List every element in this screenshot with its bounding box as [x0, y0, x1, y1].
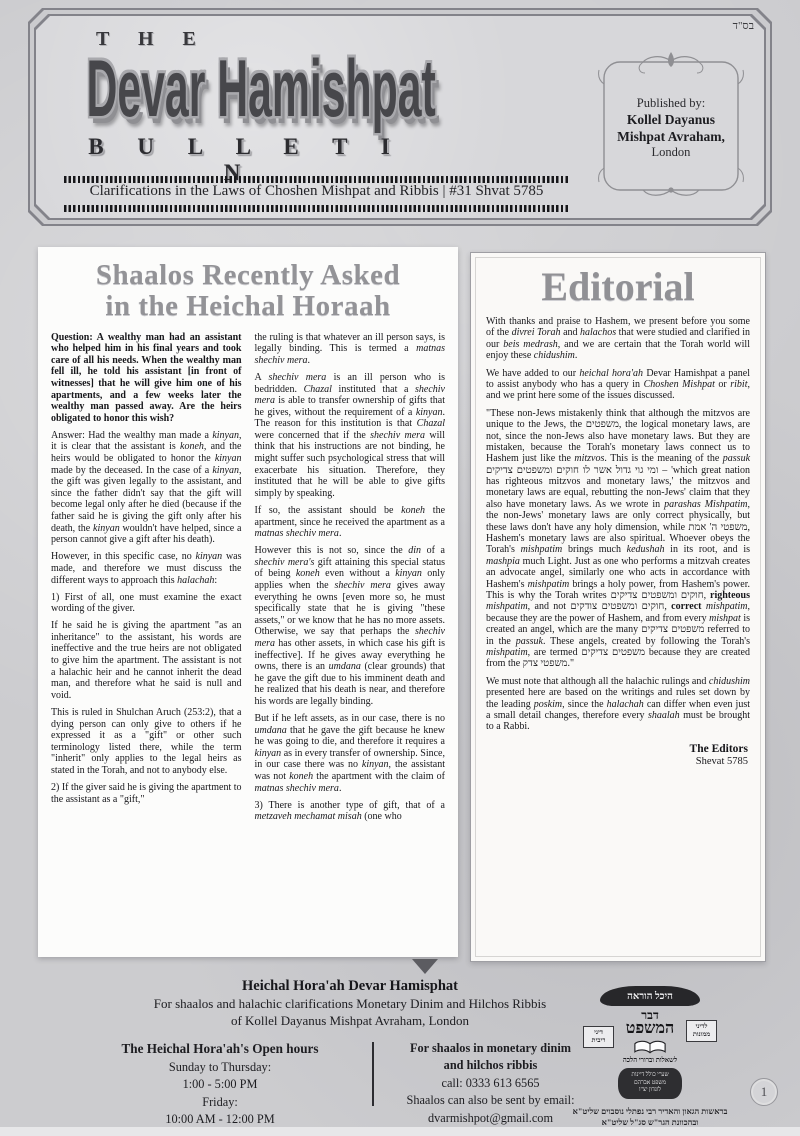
footer-line: Sunday to Thursday: — [70, 1059, 370, 1076]
continuation-arrow-icon — [412, 959, 438, 974]
paragraph: If so, the assistant should be koneh the… — [255, 505, 446, 540]
article-title-line2: in the Heichal Horaah — [105, 290, 390, 322]
editorial-title: Editorial — [471, 263, 765, 310]
footer-subheading-2: of Kollel Dayanus Mishpat Avraham, Londo… — [30, 1013, 670, 1029]
publisher-box: Published by: Kollel Dayanus Mishpat Avr… — [592, 50, 750, 202]
shaalos-article: Shaalos Recently Askedin the Heichal Hor… — [38, 247, 458, 957]
paragraph: This is ruled in Shulchan Aruch (253:2),… — [51, 707, 242, 777]
stamp-ribbon-mamonos: לדיני ממונות — [686, 1020, 717, 1042]
paragraph: If he said he is giving the apartment "a… — [51, 620, 242, 701]
dashed-rule-top — [64, 176, 569, 183]
open-book-icon — [633, 1040, 667, 1056]
paragraph: We have added to our heichal hora'ah Dev… — [486, 368, 750, 402]
paragraph: Answer: Had the wealthy man made a kinya… — [51, 430, 242, 546]
open-hours-lines: Sunday to Thursday:1:00 - 5:00 PMFriday:… — [70, 1059, 370, 1129]
paragraph: But if he left assets, as in our case, t… — [255, 713, 446, 794]
dashed-rule-bottom — [64, 205, 569, 212]
paragraph: We must note that although all the halac… — [486, 676, 750, 733]
footer-heading: Heichal Hora'ah Devar Hamisphat — [60, 978, 640, 995]
paragraph: 2) If the giver said he is giving the ap… — [51, 782, 242, 805]
bottom-strip — [0, 1127, 800, 1136]
open-hours-title: The Heichal Hora'ah's Open hours — [70, 1040, 370, 1059]
paragraph: A shechiv mera is an ill person who is b… — [255, 372, 446, 500]
editorial-signoff: The Editors — [471, 739, 765, 755]
article-column-2: the ruling is that whatever an ill perso… — [255, 332, 446, 829]
bulletin-page: בס"ד T H E Devar Hamishpat B U L L E T I… — [0, 0, 800, 1136]
publisher-city: London — [616, 145, 726, 161]
masthead-subtitle: Clarifications in the Laws of Choshen Mi… — [64, 183, 569, 200]
paragraph: However, in this specific case, no kinya… — [51, 551, 242, 586]
footer-line: For shaalos in monetary dinim — [388, 1040, 593, 1057]
footer-line: 10:00 AM - 12:00 PM — [70, 1111, 370, 1128]
shaalos-article-title: Shaalos Recently Askedin the Heichal Hor… — [38, 247, 458, 323]
masthead: בס"ד T H E Devar Hamishpat B U L L E T I… — [28, 8, 772, 226]
editorial-article: Editorial With thanks and praise to Hash… — [470, 252, 766, 962]
open-hours-block: The Heichal Hora'ah's Open hours Sunday … — [70, 1040, 370, 1129]
masthead-title: Devar Hamishpat — [87, 42, 390, 136]
footer-divider — [372, 1042, 374, 1106]
article-column-1: Question: A wealthy man had an assistant… — [51, 332, 242, 829]
footer-line: 1:00 - 5:00 PM — [70, 1076, 370, 1093]
stamp-banner: היכל הוראה — [600, 986, 700, 1006]
paragraph: 1) First of all, one must examine the ex… — [51, 592, 242, 615]
publisher-name: Kollel Dayanus Mishpat Avraham, — [616, 112, 726, 146]
heichal-horaah-stamp: היכל הוראה דבר המשפט לשאלות וברורי הלכה … — [592, 986, 708, 1106]
editorial-date: Shevat 5785 — [471, 755, 765, 767]
stamp-badge: שע"י כולל דיינות משפט אברהם לונדון יצ"ו — [618, 1068, 682, 1099]
paragraph: the ruling is that whatever an ill perso… — [255, 332, 446, 367]
published-by-label: Published by: — [616, 96, 726, 112]
bsd-text: בס"ד — [733, 20, 754, 32]
paragraph: Question: A wealthy man had an assistant… — [51, 332, 242, 425]
footer-line: call: 0333 613 6565 — [388, 1075, 593, 1092]
rabbinic-endorsement: בראשות הגאון והאדיר רבי נפתלי נוסבוים של… — [550, 1106, 750, 1128]
footer-line: Friday: — [70, 1094, 370, 1111]
article-columns: Question: A wealthy man had an assistant… — [38, 323, 458, 829]
stamp-subtitle: לשאלות וברורי הלכה — [592, 1057, 708, 1064]
stamp-ribbon-ribbis: דיני ריבית — [583, 1026, 614, 1048]
paragraph: However this is not so, since the din of… — [255, 545, 446, 707]
paragraph: "These non-Jews mistakenly think that al… — [486, 408, 750, 670]
footer-subheading-1: For shaalos and halachic clarifications … — [30, 996, 670, 1012]
editorial-body: With thanks and praise to Hashem, we pre… — [471, 316, 765, 733]
paragraph: With thanks and praise to Hashem, we pre… — [486, 316, 750, 362]
article-title-line1: Shaalos Recently Asked — [96, 259, 400, 291]
footer-line: and hilchos ribbis — [388, 1057, 593, 1074]
page-number-badge: 1 — [750, 1078, 778, 1106]
paragraph: 3) There is another type of gift, that o… — [255, 800, 446, 823]
